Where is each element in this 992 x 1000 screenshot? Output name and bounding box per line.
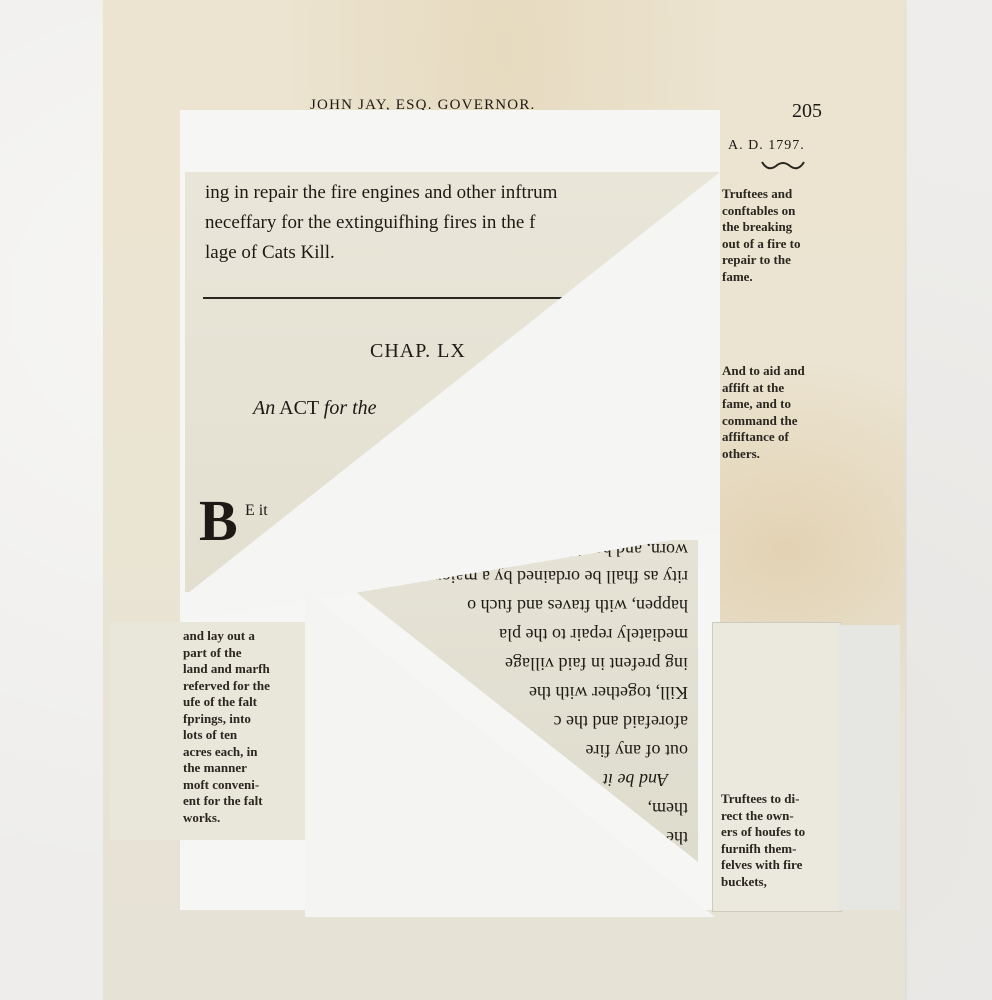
note-line: command the	[722, 413, 805, 430]
note-line: And to aid and	[722, 363, 805, 380]
act-title: An ACT for the	[253, 397, 377, 420]
margin-note-salt-springs: and lay out a part of the land and marfh…	[183, 628, 270, 826]
margin-note-fire-buckets: Truftees to di- rect the own- ers of hou…	[721, 791, 805, 890]
note-line: lots of ten	[183, 727, 270, 744]
chapter-heading: CHAP. LX	[370, 340, 466, 363]
text-line: ing prefent in faid village	[505, 653, 688, 674]
note-line: felves with fire	[721, 857, 805, 874]
act-suffix: for the	[324, 397, 377, 419]
margin-note-trustees-constables: Truftees and conftables on the breaking …	[722, 186, 800, 285]
brace-ornament-icon	[760, 160, 806, 172]
note-line: buckets,	[721, 874, 805, 891]
note-line: works.	[183, 810, 270, 827]
note-line: Truftees to di-	[721, 791, 805, 808]
year-label: A. D. 1797.	[728, 138, 805, 154]
left-margin-fragment: and lay out a part of the land and marfh…	[110, 622, 305, 840]
note-line: Truftees and	[722, 186, 800, 203]
note-line: the breaking	[722, 219, 800, 236]
note-line: fprings, into	[183, 711, 270, 728]
text-line: out of any fire	[586, 740, 688, 761]
note-line: out of a fire to	[722, 236, 800, 253]
note-line: affiftance of	[722, 429, 805, 446]
note-line: rect the own-	[721, 808, 805, 825]
note-line: the manner	[183, 760, 270, 777]
text-line: Kill, together with the	[529, 682, 688, 703]
note-line: fame, and to	[722, 396, 805, 413]
margin-note-aid-assist: And to aid and affift at the fame, and t…	[722, 363, 805, 462]
text-line: mediately repair to the pla	[499, 624, 688, 645]
note-line: others.	[722, 446, 805, 463]
text-line: And be it	[603, 769, 688, 790]
drop-cap-continuation: E it	[245, 502, 268, 520]
note-line: referved for the	[183, 678, 270, 695]
note-line: furnifh them-	[721, 841, 805, 858]
note-line: fame.	[722, 269, 800, 286]
act-prefix: An	[253, 397, 275, 419]
right-margin-fragment: Truftees to di- rect the own- ers of hou…	[712, 622, 842, 912]
note-line: repair to the	[722, 252, 800, 269]
note-line: moft conveni-	[183, 777, 270, 794]
right-grey-strip	[838, 625, 900, 910]
note-line: and lay out a	[183, 628, 270, 645]
act-main: ACT	[279, 397, 319, 419]
text-line: lage of Cats Kill.	[205, 242, 335, 264]
text-line: neceffary for the extinguifhing fires in…	[205, 212, 535, 234]
page-number: 205	[792, 100, 822, 123]
note-line: conftables on	[722, 203, 800, 220]
drop-cap: B	[199, 492, 238, 550]
text-line: them,	[648, 798, 689, 819]
note-line: ent for the falt	[183, 793, 270, 810]
note-line: acres each, in	[183, 744, 270, 761]
note-line: land and marfh	[183, 661, 270, 678]
text-line: aforefaid and the c	[554, 711, 688, 732]
text-line: happen, with ftaves and fuch o	[467, 595, 688, 616]
note-line: ers of houfes to	[721, 824, 805, 841]
section-rule	[203, 297, 563, 299]
text-line: ing in repair the fire engines and other…	[205, 182, 557, 204]
note-line: affift at the	[722, 380, 805, 397]
note-line: ufe of the falt	[183, 694, 270, 711]
note-line: part of the	[183, 645, 270, 662]
